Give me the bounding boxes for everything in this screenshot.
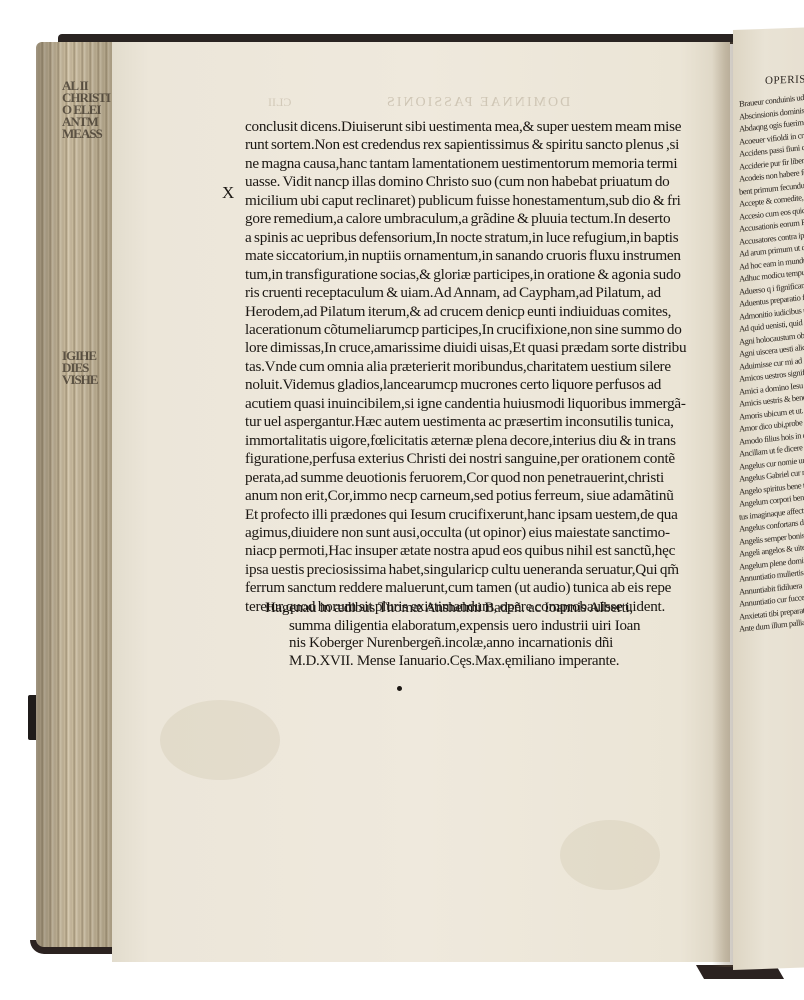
text-line: mate siccatorium,in nuptiis ornamentum,i…	[245, 247, 705, 265]
text-line: micilium ubi caput reclinaret) publicum …	[245, 192, 705, 210]
colophon-line: Hagenau in ædibus Thomæ Anshelmi Badeñ. …	[265, 600, 695, 618]
text-line: uasse. Vidit nancp illas domino Christo …	[245, 173, 705, 191]
right-page-header: OPERIS	[765, 73, 804, 86]
text-line: gore remedium,a calore umbraculum,a grãd…	[245, 210, 705, 228]
text-line: runt sortem.Non est credendus rex sapien…	[245, 136, 705, 154]
body-text-block: conclusit dicens.Diuiserunt sibi uestime…	[245, 118, 705, 616]
text-line: a spinis ac uepribus defensorium,In noct…	[245, 229, 705, 247]
inscription-line: VISHE	[62, 374, 102, 386]
text-line: perata,ad summe deuotionis feruorem,Cor …	[245, 469, 705, 487]
text-line: tas.Vnde cum omnia alia præterierit mori…	[245, 358, 705, 376]
show-through-header: DOMINNAE PASSIONIS	[385, 95, 570, 111]
index-column: Braueur conduinis ude Abscinsionis domin…	[739, 94, 804, 636]
colophon-line: nis Koberger Nurenbergeñ.incolæ,anno inc…	[265, 635, 695, 653]
text-line: Et profecto illi prædones qui Iesum cruc…	[245, 506, 705, 524]
colophon: Hagenau in ædibus Thomæ Anshelmi Badeñ. …	[265, 600, 695, 670]
text-line: acutiem quasi inuincibilem,si igne cande…	[245, 395, 705, 413]
text-line: tum,in transfiguratione socias,& gloriæ …	[245, 266, 705, 284]
text-line: conclusit dicens.Diuiserunt sibi uestime…	[245, 118, 705, 136]
fore-edge-shading	[36, 42, 116, 947]
text-line: Herodem,ad Pilatum iterum,& ad crucem de…	[245, 303, 705, 321]
text-line: immortalitatis uigore,fœlicitatis æternæ…	[245, 432, 705, 450]
fore-edge-inscription-upper: AL II CHRISTI O ELEI ANTM MEASS	[62, 80, 102, 140]
marginal-mark: X	[222, 183, 234, 203]
fore-edge-inscription-lower: IGIHE DIES VISHE	[62, 350, 102, 386]
text-line: ris cruenti receptaculum & uiam.Ad Annam…	[245, 284, 705, 302]
text-line: agimus,diuidere non sunt ausi,occulta (u…	[245, 524, 705, 542]
colophon-line: summa diligentia elaboratum,expensis uer…	[265, 618, 695, 636]
text-line: figuratione,perfusa exterius Christi dei…	[245, 450, 705, 468]
paper-stain	[560, 820, 660, 890]
inscription-line: MEASS	[62, 128, 102, 140]
text-line: ipsa uestis preciosissima habet,singular…	[245, 561, 705, 579]
ornament-dot	[397, 686, 402, 691]
text-line: lore dimissas,In cruce,amarissime diuidi…	[245, 339, 705, 357]
text-line: lacerationum cõtumeliarumcp participes,I…	[245, 321, 705, 339]
text-line: ferrum sanctum reddere maluerunt,cum tam…	[245, 579, 705, 597]
text-line: niacp permoti,Hac insuper ætate nostra a…	[245, 542, 705, 560]
text-line: noluit.Videmus gladios,lancearumcp mucro…	[245, 376, 705, 394]
right-page: OPERIS Braueur conduinis ude Abscinsioni…	[733, 27, 804, 970]
text-line: anum non erit,Cor,immo necp carneum,sed …	[245, 487, 705, 505]
colophon-line: M.D.XVII. Mense Ianuario.Cęs.Max.ęmilian…	[265, 653, 695, 671]
show-through-folio: CLII	[268, 95, 291, 110]
paper-stain	[160, 700, 280, 780]
text-line: ne magna causa,hanc tantam lamentationem…	[245, 155, 705, 173]
text-line: tur uel aspergantur.Hæc autem uestimenta…	[245, 413, 705, 431]
